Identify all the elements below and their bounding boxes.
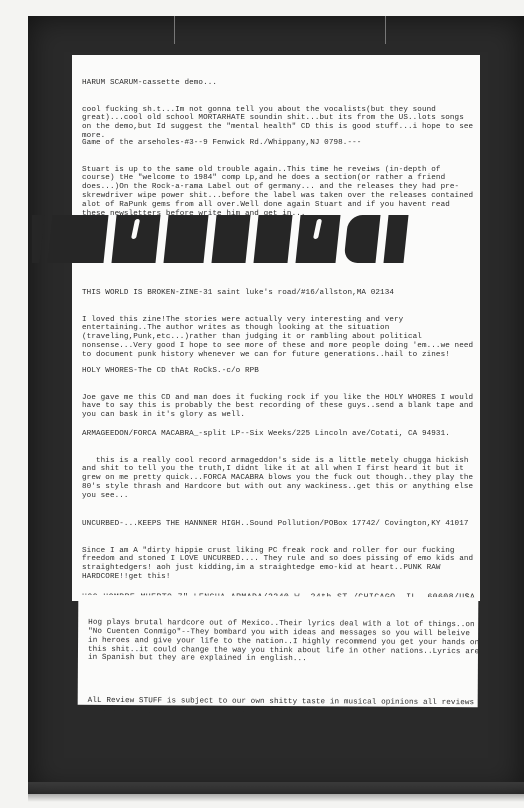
banner-letter xyxy=(383,215,408,263)
review-heading: THIS WORLD IS BROKEN-ZINE-31 saint luke'… xyxy=(82,289,477,298)
banner-letter xyxy=(163,215,208,263)
review-heading: ARMAGEEDON/FORCA MACABRA_-split LP--Six … xyxy=(82,430,477,439)
fold-crease xyxy=(174,16,175,44)
cutout-headline-banner xyxy=(32,213,480,265)
footer-note-text: AlL Review STUFF is subject to our own s… xyxy=(88,697,483,717)
footer-note: AlL Review STUFF is subject to our own s… xyxy=(87,679,482,735)
review-heading: HARUM SCARUM-cassette demo... xyxy=(82,79,477,88)
banner-letter xyxy=(295,215,340,263)
review-heading: HOLY WHORES-The CD thAt RoCkS.-c/o RPB xyxy=(82,367,477,376)
upper-paper-sheet: HARUM SCARUM-cassette demo... cool fucki… xyxy=(72,55,480,601)
banner-letter xyxy=(32,215,45,263)
review-body: this is a really cool record armageddon'… xyxy=(82,457,477,502)
review-hog-body: Hog plays brutal hardcore out of Mexico.… xyxy=(88,601,483,684)
banner-letter xyxy=(47,215,108,263)
review-heading: UNCURBED-...KEEPS THE HANNNER HIGH..Soun… xyxy=(82,520,477,529)
review-body: Stuart is up to the same old trouble aga… xyxy=(82,166,477,219)
review-body: Hog plays brutal hardcore out of Mexico.… xyxy=(88,619,483,666)
banner-letter xyxy=(111,215,160,263)
banner-letter xyxy=(253,215,292,263)
fold-crease xyxy=(385,16,386,44)
banner-letter xyxy=(211,215,250,263)
review-heading: Game of the arseholes-#3--9 Fenwick Rd./… xyxy=(82,139,477,148)
banner-letter xyxy=(343,215,380,263)
lower-paper-sheet: Hog plays brutal hardcore out of Mexico.… xyxy=(78,595,479,707)
